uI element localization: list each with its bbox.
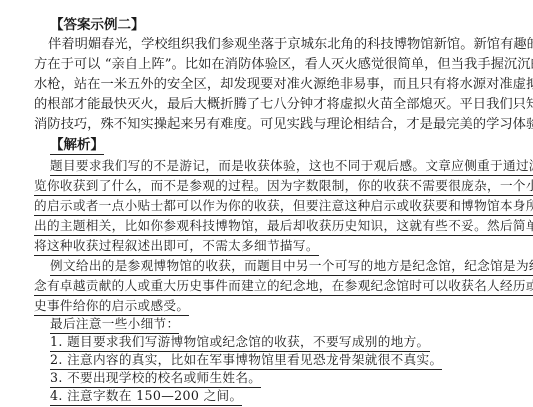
analysis-line: 念有卓越贡献的人或重大历史事件而建立的纪念地，在参观纪念馆时可以收获名人经历或历 xyxy=(34,278,533,296)
analysis-note-item: 2. 注意内容的真实，比如在军事博物馆里看见恐龙骨架就很不真实。 xyxy=(50,352,442,370)
analysis-line: 的启示或者一点小贴士都可以作为你的收获，但要注意这种启示或收获要和博物馆本身所展 xyxy=(34,198,533,216)
analysis-title: 【解析】 xyxy=(50,137,104,155)
answer-paragraph-line: 伴着明媚春光，学校组织我们参观坐落于京城东北角的科技博物馆新馆。新馆有趣的地 xyxy=(48,37,533,53)
analysis-note-item: 4. 注意字数在 150—200 之间。 xyxy=(50,388,242,406)
analysis-line: 史事件给你的启示或感受。 xyxy=(34,298,189,316)
answer-paragraph-line: 消防技巧，殊不知实操起来另有难度。可见实践与理论相结合，才是最完美的学习体验。 xyxy=(34,117,533,133)
answer-paragraph-line: 的根部才能最快灭火，最后大概折腾了七八分钟才将虚拟火苗全部熄灭。平日我们只知一些 xyxy=(34,97,533,113)
answer-example-title: 【答案示例二】 xyxy=(50,17,145,33)
analysis-note-item: 1. 题目要求我们写游博物馆或纪念馆的收获，不要写成别的地方。 xyxy=(50,334,430,352)
answer-paragraph-line: 方在于可以 “亲自上阵”。比如在消防体验区，看人灭火感觉很简单，但当我手握沉沉的… xyxy=(34,57,533,73)
analysis-line: 览你收获到了什么，而不是参观的过程。因为字数限制，你的收获不需要很庞杂，一个小小 xyxy=(34,178,533,196)
analysis-note-item: 3. 不要出现学校的校名或师生姓名。 xyxy=(50,370,261,388)
analysis-note-heading: 最后注意一些小细节： xyxy=(50,316,179,334)
analysis-line: 将这种收获过程叙述出即可，不需太多细节描写。 xyxy=(34,238,319,256)
analysis-line: 例文给出的是参观博物馆的收获，而题目中另一个可写的地方是纪念馆，纪念馆是为纪 xyxy=(50,258,533,276)
analysis-line: 题目要求我们写的不是游记，而是收获体验，这也不同于观后感。文章应侧重于通过游 xyxy=(50,158,533,176)
analysis-line: 出的主题相关，比如你参观科技博物馆，最后却收获历史知识，这就有些不妥。然后简单的 xyxy=(34,218,533,236)
answer-paragraph-line: 水枪，站在一米五外的安全区，却发现要对准火源绝非易事，而且只有将水源对准虚拟火焰 xyxy=(34,77,533,93)
